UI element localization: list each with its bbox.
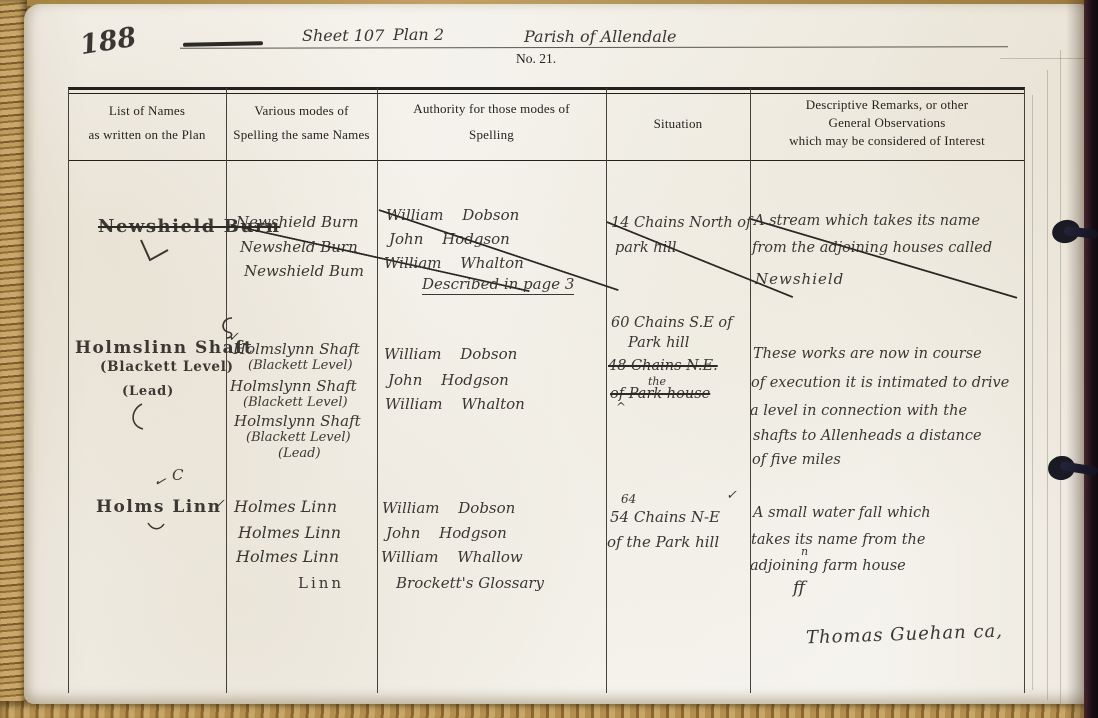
column-header-spellings-line2: Spelling the same Names bbox=[226, 127, 377, 143]
row3-spelling-1: Holmes Linn bbox=[234, 497, 337, 516]
row2-situation-1: 60 Chains S.E of bbox=[611, 315, 732, 331]
caret-icon: ^ bbox=[616, 400, 626, 414]
page-edge-shadow bbox=[1066, 0, 1084, 718]
row2-situation-2: Park hill bbox=[628, 335, 689, 351]
header-sheet: Sheet 107 bbox=[302, 26, 384, 45]
row2-remark-2: of execution it is intimated to drive bbox=[751, 375, 1009, 391]
column-header-situation: Situation bbox=[606, 116, 750, 132]
row1-authority-1: William Dobson bbox=[386, 206, 519, 224]
form-number: No. 21. bbox=[516, 51, 556, 67]
column-header-authority-line2: Spelling bbox=[377, 127, 606, 143]
table-header-bottom-rule bbox=[68, 160, 1025, 161]
row3-remark-2: takes its name from the bbox=[751, 532, 925, 548]
table-top-rule-thick bbox=[68, 87, 1025, 90]
row3-remark-insert: n bbox=[801, 545, 808, 558]
row1-remark-1: A stream which takes its name bbox=[754, 213, 980, 229]
column-header-remarks-line2: General Observations bbox=[750, 115, 1024, 131]
row2-situation-3-struck: 48 Chains N.E. bbox=[608, 358, 718, 374]
scanned-name-book-page: 188 Sheet 107 Plan 2 Parish of Allendale… bbox=[0, 0, 1098, 718]
row2-remark-5: of five miles bbox=[752, 452, 841, 468]
row3-spelling-3: Holmes Linn bbox=[236, 547, 339, 566]
table-top-rule-thin bbox=[68, 93, 1025, 94]
row3-remark-3: adjoining farm house bbox=[750, 558, 906, 574]
row3-spelling-2: Holmes Linn bbox=[238, 523, 341, 542]
row1-situation-2: park hill bbox=[615, 240, 677, 256]
row3-authority-3: William Whallow bbox=[381, 548, 523, 566]
page-stack-line bbox=[1032, 95, 1033, 690]
row2-spelling-6: (Blackett Level) bbox=[246, 430, 351, 445]
small-curve-icon bbox=[146, 520, 166, 532]
row2-authority-1: William Dobson bbox=[384, 345, 517, 363]
row1-situation-1: 14 Chains North of bbox=[611, 215, 751, 231]
row2-remark-1: These works are now in course bbox=[753, 346, 982, 362]
row2-remark-4: shafts to Allenheads a distance bbox=[753, 428, 982, 444]
row1-remark-3: Newshield bbox=[755, 270, 844, 288]
table-column-divider bbox=[606, 88, 607, 693]
row2-remark-3: a level in connection with the bbox=[750, 403, 967, 419]
row3-authority-note: Brockett's Glossary bbox=[396, 574, 544, 592]
table-column-divider bbox=[226, 88, 227, 693]
column-header-names-line1: List of Names bbox=[68, 103, 226, 119]
row2-spelling-7: (Lead) bbox=[278, 446, 321, 461]
row3-remark-1: A small water fall which bbox=[753, 505, 931, 521]
header-plan: Plan 2 bbox=[393, 25, 444, 44]
check-mark-icon: ✓ bbox=[214, 497, 225, 512]
column-header-spellings-line1: Various modes of bbox=[226, 103, 377, 119]
table-border-right bbox=[1024, 88, 1025, 693]
row2-name: Holmslinn Shaft bbox=[75, 338, 253, 358]
column-header-authority-line1: Authority for those modes of bbox=[377, 101, 606, 117]
column-header-names-line2: as written on the Plan bbox=[68, 127, 226, 143]
row1-authority-3: William Whalton bbox=[384, 254, 524, 272]
book-edge-left bbox=[0, 0, 27, 718]
row3-spelling-4: Linn bbox=[298, 574, 344, 592]
check-mark-icon: ✓ bbox=[726, 488, 737, 503]
row1-spelling-3: Newshield Bum bbox=[244, 262, 364, 280]
row3-situation-correction: 64 bbox=[621, 492, 636, 506]
row1-authority-note: Described in page 3 bbox=[422, 275, 574, 295]
page-stack-line bbox=[1060, 50, 1061, 705]
check-swoosh-icon bbox=[138, 238, 172, 264]
row3-authority-1: William Dobson bbox=[382, 499, 515, 517]
table-column-divider bbox=[377, 88, 378, 693]
column-header-remarks-line1: Descriptive Remarks, or other bbox=[750, 97, 1024, 113]
book-spine-dark-edge bbox=[1084, 0, 1098, 718]
column-header-remarks-line3: which may be considered of Interest bbox=[750, 133, 1024, 149]
row2-authority-3: William Whalton bbox=[385, 395, 525, 413]
page-stack-line bbox=[1047, 70, 1048, 700]
row3-situation-1: 54 Chains N-E bbox=[610, 508, 720, 526]
row2-spelling-2: (Blackett Level) bbox=[248, 358, 353, 373]
row3-situation-2: of the Park hill bbox=[607, 533, 719, 551]
row2-name-sub1: (Blackett Level) bbox=[100, 359, 234, 375]
annotation-letter-c: C bbox=[172, 466, 183, 484]
row2-spelling-3: Holmslynn Shaft bbox=[230, 377, 357, 395]
table-border-left bbox=[68, 88, 69, 693]
curve-squiggle-icon bbox=[128, 402, 146, 432]
row2-name-sub2: (Lead) bbox=[122, 384, 174, 399]
loop-squiggle-icon bbox=[218, 316, 238, 340]
row3-remark-flourish: ff bbox=[793, 578, 805, 598]
row2-spelling-5: Holmslynn Shaft bbox=[234, 412, 361, 430]
header-parish: Parish of Allendale bbox=[524, 27, 677, 46]
row2-authority-2: John Hodgson bbox=[388, 371, 509, 389]
row3-name: Holms Linn bbox=[96, 497, 221, 517]
row2-spelling-1: Holmslynn Shaft bbox=[233, 340, 360, 358]
row2-spelling-4: (Blackett Level) bbox=[243, 395, 348, 410]
row3-authority-2: John Hodgson bbox=[386, 524, 507, 542]
